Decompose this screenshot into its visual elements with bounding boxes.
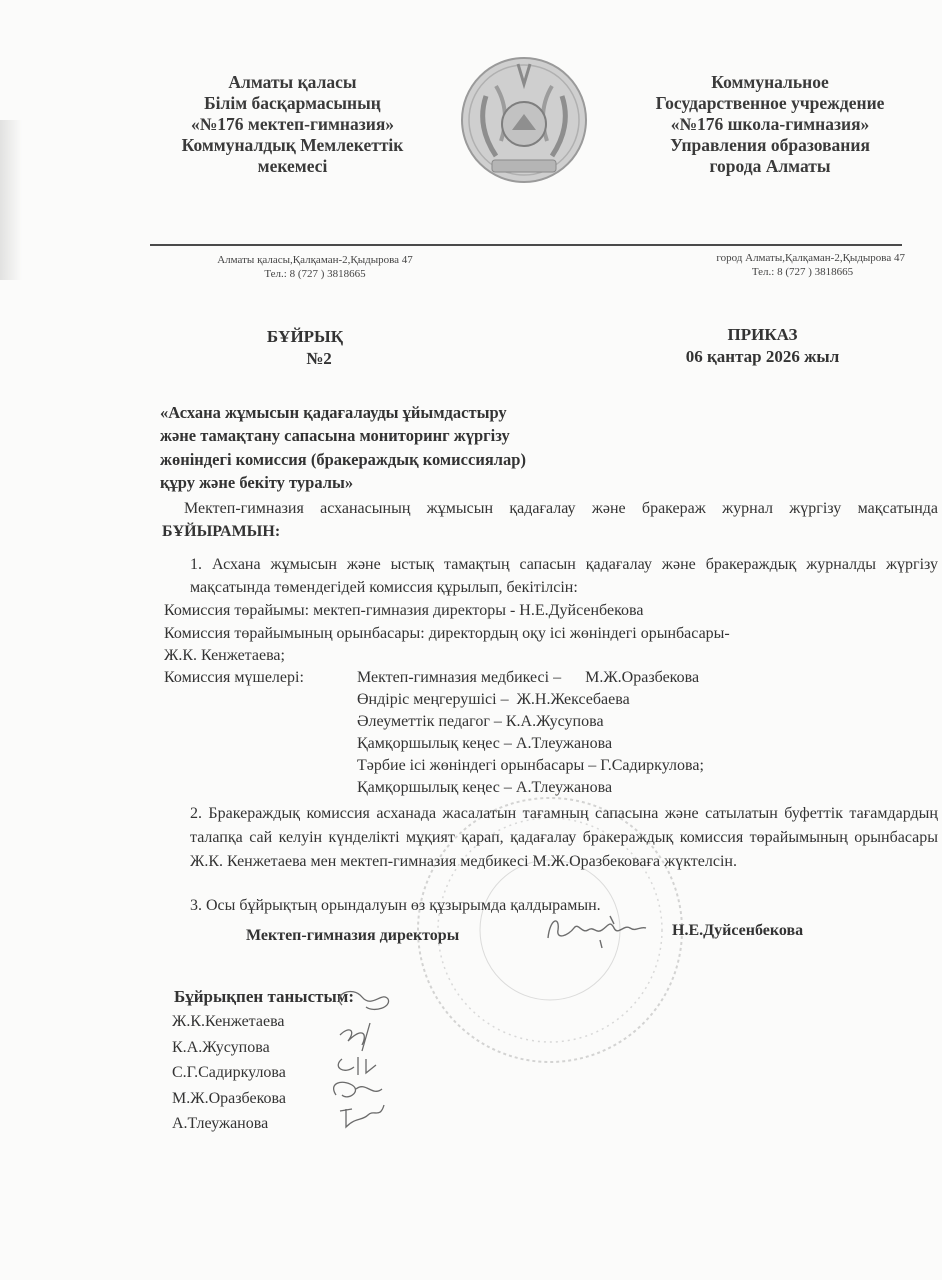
commission-members-label: Комиссия мүшелері: (164, 667, 304, 689)
order-item-1: 1. Асхана жұмысын және ыстық тамақтың са… (190, 553, 938, 599)
address-line: Алматы қаласы,Қалқаман-2,Қыдырова 47 (185, 253, 445, 267)
commission-member: Тәрбие ісі жөніндегі орынбасары – Г.Сади… (357, 755, 704, 777)
header-right-line: Коммунальное (625, 72, 915, 93)
header-left-line: Алматы қаласы (160, 72, 425, 93)
header-left-line: «№176 мектеп-гимназия» (160, 114, 425, 135)
order-label-ru: ПРИКАЗ (665, 324, 860, 346)
address-phone: Тел.: 8 (727 ) 3818665 (185, 267, 445, 281)
address-right: город Алматы,Қалқаман-2,Қыдырова 47 Тел.… (640, 251, 905, 279)
order-number: №2 (240, 348, 370, 370)
order-heading-kz: БҰЙРЫҚ №2 (240, 326, 370, 370)
header-divider (150, 244, 902, 246)
acknowledgement-signatures-icon (322, 985, 402, 1135)
order-title: «Асхана жұмысын қадағалауды ұйымдастыру … (160, 401, 600, 494)
order-date: 06 қантар 2026 жыл (665, 346, 860, 368)
signatory-name: Н.Е.Дуйсенбекова (672, 922, 803, 940)
commission-chair: Комиссия төрайымы: мектеп-гимназия дирек… (164, 600, 643, 622)
preamble-paragraph: Мектеп-гимназия асханасының жұмысын қада… (162, 497, 938, 543)
preamble-text: Мектеп-гимназия асханасының жұмысын қада… (184, 500, 938, 517)
commission-member: Өндіріс меңгерушісі – Ж.Н.Жексебаева (357, 689, 630, 711)
title-line: жөніндегі комиссия (бракераждық комиссия… (160, 448, 600, 471)
acknowledgement-list: Ж.К.Кенжетаева К.А.Жусупова С.Г.Садиркул… (172, 1009, 286, 1137)
commission-vice-chair: Комиссия төрайымының орынбасары: директо… (164, 623, 730, 645)
address-phone: Тел.: 8 (727 ) 3818665 (640, 265, 905, 279)
commission-member: Қамқоршылық кеңес – А.Тлеужанова (357, 733, 612, 755)
scan-edge-shadow (0, 120, 22, 280)
state-emblem-icon (456, 56, 592, 188)
header-left-line: Білім басқармасының (160, 93, 425, 114)
acknowledgement-name: С.Г.Садиркулова (172, 1060, 286, 1086)
header-left-line: Коммуналдық Мемлекеттік (160, 135, 425, 156)
acknowledgement-name: М.Ж.Оразбекова (172, 1086, 286, 1112)
header-right-line: Управления образования (625, 135, 915, 156)
director-signature-icon (540, 910, 660, 950)
acknowledgement-name: Ж.К.Кенжетаева (172, 1009, 286, 1035)
acknowledgement-name: А.Тлеужанова (172, 1111, 286, 1137)
order-item-2: 2. Бракераждық комиссия асханада жасалат… (190, 802, 938, 874)
header-right-ru: Коммунальное Государственное учреждение … (625, 72, 915, 177)
title-line: «Асхана жұмысын қадағалауды ұйымдастыру (160, 401, 600, 424)
commission-member: Мектеп-гимназия медбикесі – М.Ж.Оразбеко… (357, 667, 699, 689)
commission-member: Әлеуметтік педагог – К.А.Жусупова (357, 711, 604, 733)
title-line: және тамақтану сапасына мониторинг жүргі… (160, 424, 600, 447)
address-line: город Алматы,Қалқаман-2,Қыдырова 47 (640, 251, 905, 265)
header-right-line: «№176 школа-гимназия» (625, 114, 915, 135)
header-left-kz: Алматы қаласы Білім басқармасының «№176 … (160, 72, 425, 177)
header-right-line: Государственное учреждение (625, 93, 915, 114)
acknowledgement-name: К.А.Жусупова (172, 1035, 286, 1061)
address-left: Алматы қаласы,Қалқаман-2,Қыдырова 47 Тел… (185, 253, 445, 281)
title-line: құру және бекіту туралы» (160, 471, 600, 494)
commission-vice-chair-name: Ж.К. Кенжетаева; (164, 645, 285, 667)
header-right-line: города Алматы (625, 156, 915, 177)
signatory-role: Мектеп-гимназия директоры (246, 927, 459, 945)
order-heading-ru: ПРИКАЗ 06 қантар 2026 жыл (665, 324, 860, 368)
order-document: Алматы қаласы Білім басқармасының «№176 … (0, 0, 942, 1280)
header-left-line: мекемесі (160, 156, 425, 177)
preamble-emphasis: БҰЙЫРАМЫН: (162, 523, 280, 540)
order-label-kz: БҰЙРЫҚ (240, 326, 370, 348)
